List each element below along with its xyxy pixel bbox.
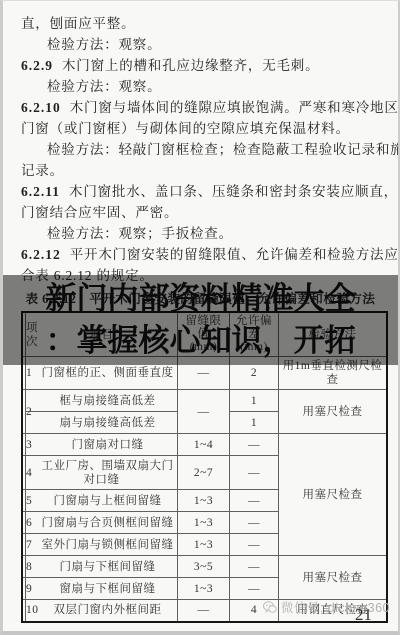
doc-line: 6.2.9木门窗上的槽和孔应边缘整齐，无毛刺。 (21, 55, 384, 76)
doc-line: 直，刨面应平整。 (21, 13, 384, 34)
doc-line: 6.2.12平开木门窗安装的留缝限值、允许偏差和检验方法应符 (21, 244, 384, 265)
section-number: 6.2.9 (21, 58, 53, 73)
banner-text-line1: 新门内部资料精准大全 (46, 278, 356, 320)
doc-line: 检验方法：观察。 (21, 34, 384, 55)
section-number: 6.2.10 (21, 100, 61, 115)
banner-text-line2: ：掌握核心知识，开拓 (46, 320, 356, 362)
section-number: 6.2.11 (21, 184, 60, 199)
table-row: 2 框与扇接缝高低差 — 1 用塞尺检查 (22, 390, 387, 412)
doc-line: 门窗结合应牢固、严密。 (21, 202, 384, 223)
doc-line: 6.2.10木门窗与墙体间的缝隙应填嵌饱满。严寒和寒冷地区外 (21, 97, 384, 118)
table-row: 3 门窗扇对口缝 1~4 — 用塞尺检查 (22, 434, 387, 456)
doc-line: 检验方法：轻敲门窗框检查；检查隐蔽工程验收记录和施工 (21, 139, 384, 160)
watermark-label: 微信号: dichan360 (281, 598, 390, 616)
doc-line: 6.2.11木门窗批水、盖口条、压缝条和密封条安装应顺直，与 (21, 181, 384, 202)
wechat-icon (263, 601, 277, 614)
section-number: 6.2.12 (21, 247, 61, 262)
table-row: 8 门扇与下框间留缝 3~5 — 用塞尺检查 (22, 556, 387, 578)
document-page: 直，刨面应平整。 检验方法：观察。 6.2.9木门窗上的槽和孔应边缘整齐，无毛刺… (0, 0, 400, 635)
doc-line: 门窗（或门窗框）与砌体间的空隙应填充保温材料。 (21, 118, 384, 139)
doc-line: 记录。 (21, 160, 384, 181)
document-body: 直，刨面应平整。 检验方法：观察。 6.2.9木门窗上的槽和孔应边缘整齐，无毛刺… (3, 1, 398, 286)
overlay-banner: 新门内部资料精准大全 ：掌握核心知识，开拓 (3, 275, 398, 365)
doc-line: 检验方法：观察。 (21, 76, 384, 97)
page-number: 21 (355, 605, 372, 625)
doc-line: 检验方法：观察；手扳检查。 (21, 223, 384, 244)
